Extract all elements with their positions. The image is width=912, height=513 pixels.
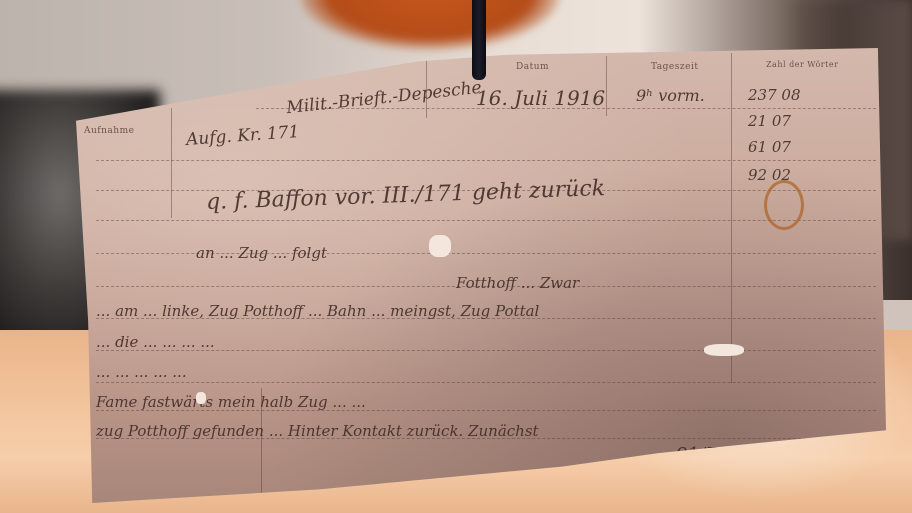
handwritten-line-10: zug Potthoff gefunden ... Hinter Kontakt… bbox=[96, 422, 539, 440]
paper-damage bbox=[196, 392, 206, 404]
handwritten-line-7: ... die ... ... ... ... bbox=[96, 333, 215, 351]
handwritten-line-9: Fame fastwärts mein halb Zug ... ... bbox=[96, 393, 366, 411]
handwritten-line-8: ... ... ... ... ... bbox=[96, 363, 187, 381]
handwritten-line-2: q. f. Baffon vor. III./171 geht zurück bbox=[206, 176, 606, 215]
paper-tear bbox=[704, 344, 744, 356]
handwritten-line-3: an ... Zug ... folgt bbox=[196, 244, 327, 262]
word-count-1: 237 08 bbox=[748, 86, 801, 104]
header-aufnahme: Aufnahme bbox=[84, 126, 134, 136]
telegram-document: Aufnahme Datum Tageszeit Zahl der Wörter… bbox=[76, 48, 886, 503]
telegram-date: 16. Juli 1916 bbox=[476, 86, 605, 110]
telegram-time: 9ʰ vorm. bbox=[636, 86, 705, 105]
header-word-count: Zahl der Wörter bbox=[766, 60, 838, 69]
handwritten-line-4: Fotthoff ... Zwar bbox=[456, 274, 579, 292]
word-count-2: 21 07 bbox=[748, 112, 791, 130]
paper-hole bbox=[429, 235, 451, 257]
stain-ring bbox=[764, 180, 804, 230]
header-date: Datum bbox=[516, 62, 549, 72]
photo-scene: Aufnahme Datum Tageszeit Zahl der Wörter… bbox=[0, 0, 912, 513]
black-clip bbox=[472, 0, 486, 80]
header-time: Tageszeit bbox=[651, 62, 698, 72]
handwritten-line-1: Aufg. Kr. 171 bbox=[185, 122, 300, 150]
form-title: Milit.-Brieft.-Depesche bbox=[285, 78, 482, 118]
handwritten-line-6: ... am ... linke, Zug Potthoff ... Bahn … bbox=[96, 302, 539, 320]
word-count-3: 61 07 bbox=[748, 138, 791, 156]
